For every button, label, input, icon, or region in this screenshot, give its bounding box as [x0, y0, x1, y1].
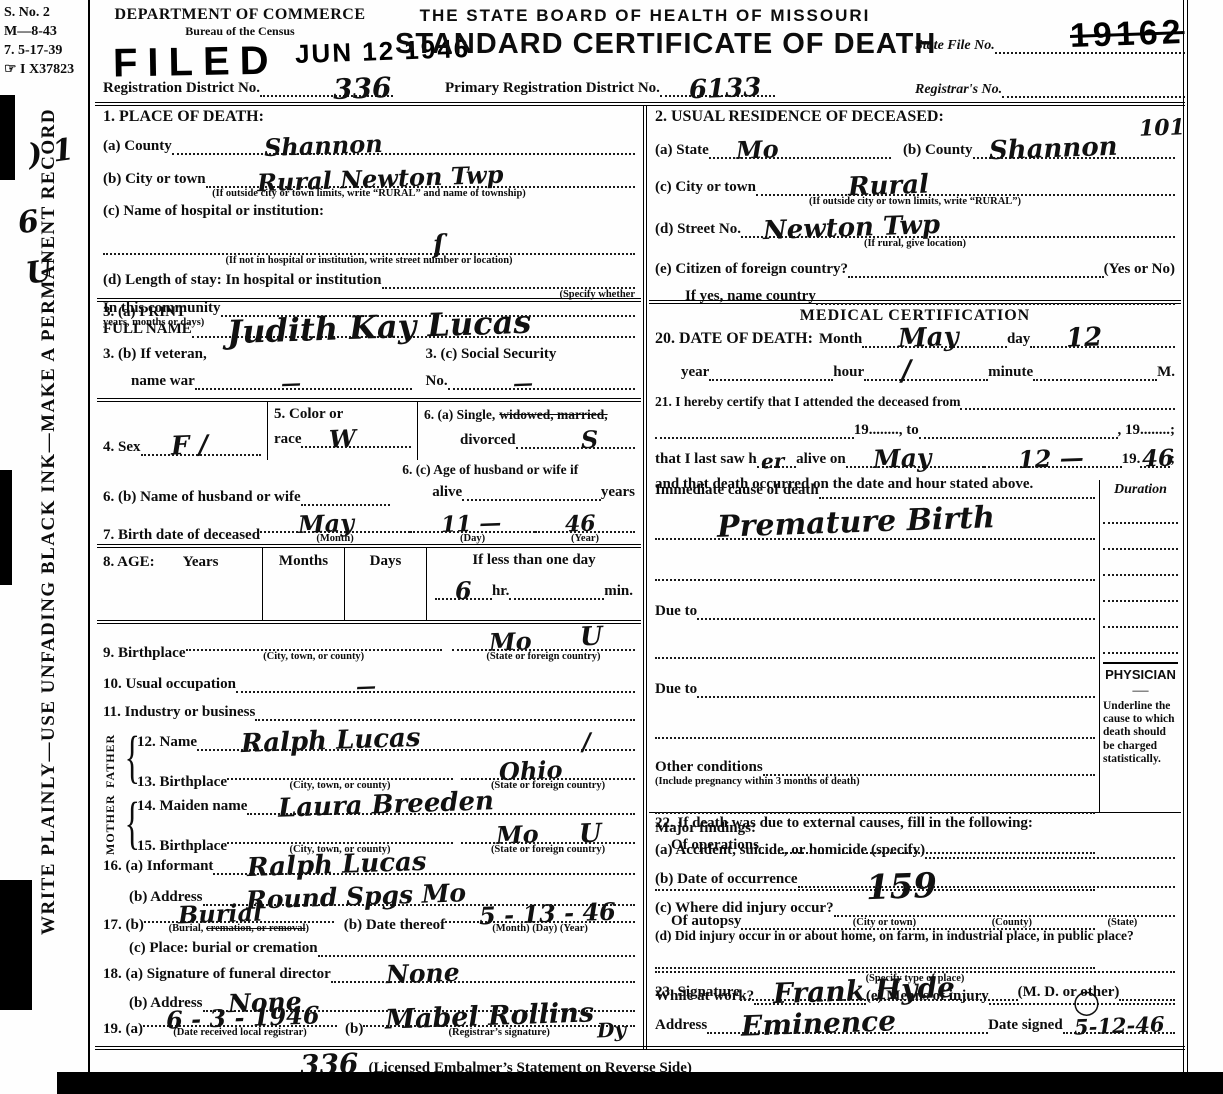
death-day-field: 12: [1030, 333, 1175, 348]
birth-year-value: 46: [565, 515, 596, 536]
form-code-line: 7. 5-17-39: [4, 42, 74, 61]
date-thereof-field: 5 - 13 - 46: [445, 908, 635, 923]
last-seen-day-value: 12 —: [1018, 447, 1084, 471]
hospital-field-row: ſ: [103, 240, 635, 255]
marital-status-cell: 6. (a) Single, widowed, married, divorce…: [417, 402, 641, 460]
residence-street-label: (d) Street No.: [655, 221, 741, 238]
age-days-header: Days: [370, 553, 402, 569]
date-signed-value: 5-12-46: [1074, 1016, 1165, 1038]
burial-place-row: (c) Place: burial or cremation: [103, 940, 635, 957]
citizen-row: (e) Citizen of foreign country? (Yes or …: [655, 261, 1175, 278]
death-day-value: 12: [1066, 326, 1103, 351]
disposal-type-value: Burial: [178, 902, 263, 927]
mother-birthplace-state-field: Mo U: [461, 829, 635, 844]
residence-street-row: (d) Street No. Newton Twp: [655, 221, 1175, 238]
spouse-age-field: [462, 486, 601, 501]
mother-side-label: MOTHER: [103, 794, 121, 856]
section-8-age: 8. AGE: Years Months Days If less than o…: [97, 548, 641, 620]
scan-artifact: [0, 880, 32, 1010]
year-label: year: [681, 364, 709, 381]
marital-value: S: [581, 429, 599, 451]
injury-state-note: (State): [1107, 917, 1137, 928]
ssn-label: 3. (c) Social Security: [426, 346, 635, 363]
registrar-sig-field: Mabel Rollins Dy: [363, 1012, 635, 1027]
alive-on-label: alive on: [796, 451, 846, 468]
form-corner-codes: S. No. 2 M—8-43 7. 5-17-39 ☞ I X37823: [4, 4, 74, 80]
due-to-2-field: [697, 683, 1095, 698]
duration-line: [1103, 628, 1178, 654]
county-field: Shannon: [172, 140, 635, 155]
death-year-field: [709, 366, 833, 381]
father-name-label: 12. Name: [137, 734, 197, 751]
immediate-cause-line2: Premature Birth: [655, 525, 1095, 540]
veteran-value: —: [281, 374, 302, 393]
marital-field: S: [516, 434, 635, 449]
meridiem-label: M.: [1157, 364, 1175, 381]
occupation-label: 10. Usual occupation: [103, 676, 236, 693]
birth-day-field: 11 —: [410, 518, 535, 533]
mother-birthplace-city-field: [227, 829, 453, 844]
burial-place-field: [318, 942, 635, 957]
mother-name-row: 14. Maiden name Laura Breeden: [137, 798, 635, 815]
board-title: THE STATE BOARD OF HEALTH OF MISSOURI: [395, 6, 895, 26]
age-less-than-day-cell: If less than one day 6 hr. min.: [426, 548, 641, 620]
age-years-cell: 8. AGE: Years: [97, 548, 262, 620]
father-brace: {: [125, 728, 134, 794]
injury-place-field: [834, 902, 1175, 917]
birthplace-state-value: Mo: [488, 631, 531, 654]
footer-divider: [95, 1046, 1185, 1050]
registrar-row: 19. (a) 6 - 3 - 1946 (Date received loca…: [103, 1012, 635, 1038]
state-file-label: State File No.: [915, 38, 995, 54]
hour-label: hour: [833, 364, 864, 381]
birthplace-state-mark: U: [580, 625, 603, 649]
form-code-line: ☞ I X37823: [4, 61, 74, 80]
last-saw-row: that I last saw h er alive on May 12 — 1…: [655, 451, 1175, 468]
residence-county-value: Shannon: [988, 135, 1117, 163]
state-file-row: State File No. 19162: [915, 38, 1185, 54]
death-month-field: May: [862, 333, 1007, 348]
last-seen-day-field: 12 —: [984, 453, 1122, 468]
length-of-stay-field: [382, 274, 635, 289]
veteran-field: —: [195, 375, 412, 390]
section-10-occupation: 10. Usual occupation —: [97, 674, 641, 702]
nineteen-end-label: , 19........;: [1118, 422, 1176, 439]
physician-address-row: Address Eminence Date signed 5-12-46: [655, 1017, 1175, 1034]
mother-birthplace-state-value: Mo: [496, 824, 539, 847]
primary-district-field: 6133: [660, 82, 775, 97]
funeral-director-field: None: [331, 968, 635, 983]
other-conditions-field: [763, 761, 1095, 776]
county-label: (a) County: [103, 138, 172, 155]
full-name-value: Judith Kay Lucas: [227, 308, 532, 347]
residence-county-label: (b) County: [903, 142, 973, 159]
residence-state-county-row: (a) State Mo (b) County Shannon 101: [655, 142, 1175, 159]
disposal-row: 17. (b) Burial (Burial, cremation, or re…: [103, 908, 635, 934]
spouse-age-label: 6. (c) Age of husband or wife if: [402, 462, 635, 478]
age-months-cell: Months: [262, 548, 344, 620]
physician-dash: —: [1103, 682, 1178, 700]
city-label: (b) City or town: [103, 171, 206, 188]
date-thereof-value: 5 - 13 - 46: [479, 901, 617, 927]
physician-address-value: Eminence: [741, 1008, 897, 1039]
immediate-cause-line3: [655, 566, 1095, 581]
due-to-2-label: Due to: [655, 681, 697, 698]
circle-annotation: ◯: [1072, 991, 1100, 1011]
full-name-field: Judith Kay Lucas: [192, 323, 635, 338]
accident-field: [925, 844, 1175, 859]
section-1-place-of-death: 1. PLACE OF DEATH: (a) County Shannon (b…: [97, 106, 641, 298]
less-than-day-header: If less than one day: [427, 552, 641, 569]
father-name-field: Ralph Lucas /: [197, 736, 635, 751]
race-label-2: race: [274, 431, 301, 448]
birthplace-city-note: (City, town, or county): [186, 651, 442, 662]
sex-cell: 4. Sex F /: [97, 402, 267, 460]
immediate-cause-label: Immediate cause of death: [655, 482, 819, 499]
father-group: FATHER { 12. Name Ralph Lucas / 13. Birt…: [97, 728, 641, 794]
department-name: DEPARTMENT OF COMMERCE: [105, 6, 375, 24]
mother-brace: {: [125, 794, 134, 856]
marital-label: 6. (a) Single,: [424, 407, 495, 422]
mother-name-value: Laura Breeden: [278, 790, 495, 821]
date-of-death-label: 20. DATE OF DEATH:: [655, 330, 813, 348]
due-to-1-field: [697, 605, 1095, 620]
section-21-attendance: 21. I hereby certify that I attended the…: [649, 392, 1181, 480]
length-of-stay-label: (d) Length of stay: In hospital or insti…: [103, 272, 382, 289]
funeral-director-value: None: [385, 961, 459, 986]
form-code-line: M—8-43: [4, 23, 74, 42]
registration-district-row: Registration District No. 336: [103, 80, 393, 97]
birthplace-city-field: [186, 636, 442, 651]
immediate-cause-field: [819, 484, 1095, 499]
certificate-header: DEPARTMENT OF COMMERCE Bureau of the Cen…: [95, 0, 1190, 106]
residence-county-field: Shannon 101: [973, 144, 1175, 159]
attended-from-field-2: [655, 424, 854, 439]
date-thereof-label: (b) Date thereof: [344, 917, 445, 934]
issuing-department: DEPARTMENT OF COMMERCE Bureau of the Cen…: [105, 6, 375, 39]
scan-artifact: [0, 95, 15, 180]
other-conditions-row: Other conditions: [655, 759, 1095, 776]
father-name-row: 12. Name Ralph Lucas /: [137, 734, 635, 751]
funeral-director-label: 18. (a) Signature of funeral director: [103, 966, 331, 983]
last-saw-pronoun-field: er: [757, 453, 796, 468]
county-value: Shannon: [264, 133, 383, 159]
residence-state-field: Mo: [709, 144, 891, 159]
due-to-2-line2: [655, 724, 1095, 739]
minute-label: minute: [988, 364, 1033, 381]
mother-birthplace-label: 15. Birthplace: [137, 838, 227, 855]
spouse-name-cell: 6. (b) Name of husband or wife: [97, 460, 396, 508]
attended-to-field: [919, 424, 1118, 439]
name-country-row: If yes, name country: [655, 288, 1175, 305]
last-saw-pronoun: er: [760, 452, 784, 471]
name-country-label: If yes, name country: [655, 288, 816, 305]
section-1-heading: 1. PLACE OF DEATH:: [103, 108, 635, 126]
certificate-title: STANDARD CERTIFICATE OF DEATH: [395, 28, 895, 61]
father-birthplace-row: 13. Birthplace (City, town, or county) O…: [137, 765, 635, 791]
attended-from-label: 21. I hereby certify that I attended the…: [655, 394, 960, 410]
attended-from-field: [960, 395, 1175, 410]
physician-address-field: Eminence: [707, 1019, 988, 1034]
duration-line: [1103, 602, 1178, 628]
industry-label: 11. Industry or business: [103, 704, 255, 721]
veteran-ssn-row: 3. (b) If veteran, name war — 3. (c) Soc…: [103, 346, 635, 390]
name-war-label: name war: [103, 373, 195, 390]
section-17-disposal: 17. (b) Burial (Burial, cremation, or re…: [97, 906, 641, 964]
section-2-residence: 2. USUAL RESIDENCE OF DECEASED: (a) Stat…: [649, 106, 1181, 300]
birth-year-field: 46: [535, 518, 635, 533]
divorced-label: divorced: [424, 432, 516, 449]
residence-state-label: (a) State: [655, 142, 709, 159]
registrar-sig-label: (b): [345, 1021, 363, 1038]
registration-district-field: 336: [260, 82, 393, 97]
ssn-field: —: [448, 375, 635, 390]
hospital-label: (c) Name of hospital or institution:: [103, 203, 635, 220]
father-birthplace-state-value: Ohio: [499, 759, 563, 783]
physician-address-label: Address: [655, 1017, 707, 1034]
industry-field: [255, 706, 635, 721]
disposal-type-field: Burial: [144, 908, 334, 923]
city-field: Rural Newton Twp: [206, 173, 635, 188]
due-to-2-row: Due to: [655, 681, 1095, 698]
spouse-name-label: 6. (b) Name of husband or wife: [103, 489, 301, 506]
injury-place-row: (c) Where did injury occur?: [655, 900, 1175, 917]
age-hr-field: 6: [435, 585, 492, 600]
date-of-death-row: 20. DATE OF DEATH: Month May day 12: [655, 330, 1175, 348]
date-received-field: 6 - 3 - 1946: [143, 1012, 337, 1027]
birthplace-state-note: (State or foreign country): [452, 651, 635, 662]
registrar-no-field: [1002, 83, 1185, 98]
citizen-note: (Yes or No): [1104, 261, 1175, 278]
state-file-field: 19162: [995, 39, 1185, 54]
last-seen-month-value: May: [873, 446, 932, 471]
city-row: (b) City or town Rural Newton Twp: [103, 171, 635, 188]
informant-value: Ralph Lucas: [247, 850, 427, 880]
age-months-header: Months: [279, 553, 328, 569]
residence-street-value: Newton Twp: [762, 214, 940, 244]
scan-artifact: [0, 470, 12, 585]
cause-of-death-block: Immediate cause of death Premature Birth…: [649, 480, 1181, 812]
nineteen-to-label: 19........, to: [854, 422, 919, 439]
age-hr-value: 6: [455, 580, 472, 602]
duration-column: Duration PHYSICIAN — Underline the cause…: [1099, 480, 1181, 812]
last-saw-label: that I last saw h: [655, 451, 757, 468]
ssn-value: —: [513, 374, 534, 393]
duration-line: [1103, 524, 1178, 550]
physician-instruction: Underline the cause to which death shoul…: [1103, 700, 1178, 766]
birthplace-state-field: Mo U: [452, 636, 635, 651]
race-cell: 5. Color or race W: [267, 402, 417, 460]
day-label: day: [1007, 331, 1030, 348]
registrar-sig-value: Mabel Rollins: [385, 1001, 595, 1033]
left-column: 1. PLACE OF DEATH: (a) County Shannon (b…: [97, 106, 641, 1050]
age-days-cell: Days: [344, 548, 426, 620]
birth-month-value: May: [297, 512, 354, 536]
county-row: (a) County Shannon: [103, 138, 635, 155]
primary-district-row: Primary Registration District No. 6133: [445, 80, 775, 97]
father-side-label: FATHER: [103, 728, 121, 794]
section-19-registrar: 19. (a) 6 - 3 - 1946 (Date received loca…: [97, 1010, 641, 1050]
birth-date-label: 7. Birth date of deceased: [103, 527, 260, 544]
registrar-no-row: Registrar's No.: [915, 82, 1185, 98]
birth-month-field: May: [260, 518, 410, 533]
duration-line: [1103, 498, 1178, 524]
right-column: 2. USUAL RESIDENCE OF DECEASED: (a) Stat…: [649, 106, 1181, 1042]
hospital-value-mark: ſ: [432, 233, 444, 257]
occurrence-date-field: [798, 873, 1175, 888]
residence-city-label: (c) City or town: [655, 179, 756, 196]
registration-district-label: Registration District No.: [103, 80, 260, 97]
mother-group: MOTHER { 14. Maiden name Laura Breeden 1…: [97, 794, 641, 856]
mother-birthplace-state-note: (State or foreign country): [461, 844, 635, 855]
death-month-value: May: [898, 326, 960, 351]
section-20-date-of-death: 20. DATE OF DEATH: Month May day 12 year…: [649, 328, 1181, 392]
physician-signature-label: 23. Signature: [655, 984, 740, 1001]
age-min-field: [509, 585, 604, 600]
margin-rule: [88, 0, 90, 1072]
residence-city-value: Rural: [848, 173, 930, 199]
date-signed-label: Date signed: [988, 1017, 1063, 1034]
other-conditions-label: Other conditions: [655, 759, 763, 776]
years-label: years: [601, 484, 635, 501]
hospital-note: (If not in hospital or institution, writ…: [103, 255, 635, 266]
citizen-field: [848, 263, 1104, 278]
physician-label: PHYSICIAN: [1103, 667, 1178, 682]
mother-name-label: 14. Maiden name: [137, 798, 247, 815]
informant-field: Ralph Lucas: [213, 860, 635, 875]
residence-city-row: (c) City or town Rural: [655, 179, 1175, 196]
citizen-label: (e) Citizen of foreign country?: [655, 261, 848, 278]
autopsy-field: [741, 915, 1095, 930]
immediate-cause-row: Immediate cause of death: [655, 482, 1095, 499]
father-birthplace-city-field: [227, 765, 453, 780]
due-to-1-row: Due to: [655, 603, 1095, 620]
father-birthplace-state-field: Ohio: [461, 765, 635, 780]
occupation-value: —: [355, 677, 376, 696]
sex-field: F /: [141, 441, 262, 456]
father-birthplace-label: 13. Birthplace: [137, 774, 227, 791]
residence-city-field: Rural: [756, 181, 1175, 196]
physician-signature-field: Frank Hyde: [740, 986, 1018, 1001]
date-received-value: 6 - 3 - 1946: [166, 1005, 320, 1032]
age-label: 8. AGE:: [103, 554, 155, 614]
residence-county-code: 101: [1138, 118, 1185, 139]
injury-location-question: (d) Did injury occur in or about home, o…: [655, 928, 1175, 944]
birth-date-row: 7. Birth date of deceased May (Month) 11…: [97, 508, 641, 544]
other-conditions-note: (Include pregnancy within 3 months of de…: [655, 776, 1095, 787]
informant-row: 16. (a) Informant Ralph Lucas: [103, 858, 635, 875]
registrar-sig-suffix: Dy: [597, 1021, 627, 1040]
marital-label-struck: widowed, married,: [499, 407, 607, 422]
spouse-name-field: [301, 491, 391, 506]
hr-label: hr.: [492, 583, 509, 600]
death-hour-field: /: [864, 366, 988, 381]
father-name-mark: /: [582, 731, 592, 753]
immediate-cause-field-2: Premature Birth: [655, 525, 1095, 540]
residence-street-field: Newton Twp: [741, 223, 1175, 238]
section-4-7-demographics: 4. Sex F / 5. Color or race W 6. (a) Sin…: [97, 402, 641, 544]
write-plainly-instruction: WRITE PLAINLY—USE UNFADING BLACK INK—MAK…: [38, 135, 60, 935]
column-divider: [643, 106, 647, 1050]
hospital-field: ſ: [103, 240, 635, 255]
death-certificate-scan: S. No. 2 M—8-43 7. 5-17-39 ☞ I X37823 ) …: [0, 0, 1223, 1094]
spouse-age-cell: 6. (c) Age of husband or wife if alive y…: [396, 460, 641, 508]
registration-district-value: 336: [333, 75, 392, 102]
registrar-no-label: Registrar's No.: [915, 82, 1002, 98]
due-to-1-label: Due to: [655, 603, 697, 620]
burial-place-label: (c) Place: burial or cremation: [103, 940, 318, 957]
state-file-number-stamp: 19162: [1070, 13, 1186, 56]
length-of-stay-row: (d) Length of stay: In hospital or insti…: [103, 272, 635, 289]
external-causes-heading: 22. If death was due to external causes,…: [655, 815, 1175, 832]
primary-district-value: 6133: [688, 76, 761, 102]
physician-signature-value: Frank Hyde: [773, 975, 956, 1007]
occupation-field: —: [236, 678, 635, 693]
section-2-heading: 2. USUAL RESIDENCE OF DECEASED:: [655, 108, 1175, 126]
attended-to-row: 19........, to , 19........;: [655, 422, 1175, 439]
nineteen-label: 19.: [1122, 451, 1141, 468]
page-right-border: [1183, 0, 1188, 1072]
full-name-label: FULL NAME: [103, 321, 192, 338]
sex-value: F /: [170, 434, 208, 459]
min-label: min.: [604, 583, 633, 600]
duration-line: [1103, 576, 1178, 602]
alive-label: alive: [402, 484, 462, 501]
scan-bottom-bar: [57, 1072, 1223, 1094]
last-seen-year-value: 46: [1142, 449, 1175, 471]
age-years-header: Years: [183, 554, 219, 614]
race-field: W: [301, 433, 411, 448]
date-signed-field: 5-12-46: [1063, 1019, 1175, 1034]
funeral-director-row: 18. (a) Signature of funeral director No…: [103, 966, 635, 983]
due-to-1-line2: [655, 644, 1095, 659]
place-type-line: [655, 958, 1175, 973]
last-seen-year-field: 46: [1140, 453, 1170, 468]
birth-day-value: 11 —: [441, 514, 502, 536]
name-country-field: [816, 290, 1175, 305]
death-hour-mark: /: [901, 358, 912, 384]
birthplace-label: 9. Birthplace: [103, 645, 186, 662]
race-value: W: [328, 428, 356, 451]
month-label: Month: [819, 331, 862, 348]
left-margin: S. No. 2 M—8-43 7. 5-17-39 ☞ I X37823 ) …: [0, 0, 95, 1094]
race-label-1: 5. Color or: [274, 406, 411, 423]
disposal-label: 17. (b): [103, 917, 144, 934]
ssn-no-label: No.: [426, 373, 448, 390]
date-received-label: 19. (a): [103, 1021, 143, 1038]
other-conditions-line2: [655, 799, 1095, 814]
primary-district-label: Primary Registration District No.: [445, 80, 660, 97]
city-value: Rural Newton Twp: [257, 164, 504, 194]
print-label: 3. (a) PRINT: [103, 304, 192, 321]
informant-label: 16. (a) Informant: [103, 858, 213, 875]
last-seen-month-field: May: [846, 453, 984, 468]
immediate-cause-value: Premature Birth: [716, 504, 995, 541]
death-time-row: year hour / minute M.: [655, 364, 1175, 381]
attended-from-row: 21. I hereby certify that I attended the…: [655, 394, 1175, 410]
mother-name-field: Laura Breeden: [247, 800, 635, 815]
duration-line: [1103, 550, 1178, 576]
duration-label: Duration: [1103, 482, 1178, 498]
residence-state-value: Mo: [736, 139, 779, 162]
md-or-other-field: [1119, 986, 1175, 1001]
form-code-line: S. No. 2: [4, 4, 74, 23]
death-minute-field: [1033, 366, 1157, 381]
sex-label: 4. Sex: [103, 439, 141, 456]
section-9-birthplace: 9. Birthplace (City, town, or county) Mo…: [97, 624, 641, 674]
mother-birthplace-state-mark: U: [579, 822, 602, 846]
physician-note-block: PHYSICIAN — Underline the cause to which…: [1103, 662, 1178, 766]
